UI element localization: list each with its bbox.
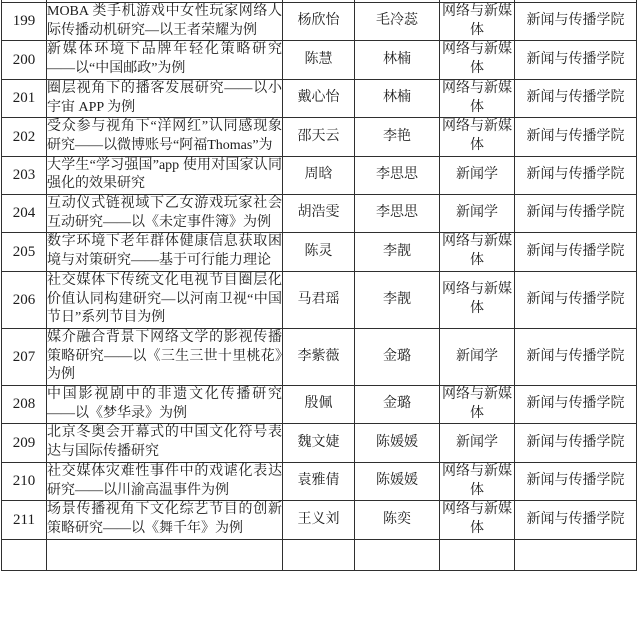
student-name-cell: 王义刘 (283, 501, 355, 539)
table-row: 210社交媒体灾难性事件中的戏谑化表达研究——以川渝高温事件为例袁雅倩陈媛媛网络… (2, 462, 637, 500)
title-cell: 受众参与视角下“洋网红”认同感现象研究——以微博账号“阿福Thomas”为 (47, 118, 283, 156)
table-row: 201圈层视角下的播客发展研究——以小宇宙 APP 为例戴心怡林楠网络与新媒体新… (2, 79, 637, 117)
table-body: 199MOBA 类手机游戏中女性玩家网络人际传播动机研究—以王者荣耀为例杨欣怡毛… (2, 0, 637, 570)
student-name-cell: 马君瑶 (283, 271, 355, 328)
table-row: 211场景传播视角下文化综艺节目的创新策略研究——以《舞千年》为例王义刘陈奕网络… (2, 501, 637, 539)
table-row: 205数字环境下老年群体健康信息获取困境与对策研究——基于可行能力理论陈灵李靓网… (2, 233, 637, 271)
major-cell: 网络与新媒体 (440, 3, 515, 41)
school-cell: 新闻与传播学院 (515, 156, 637, 194)
advisor-name-cell: 陈奕 (355, 501, 440, 539)
title-cell: 中国影视剧中的非遗文化传播研究——以《梦华录》为例 (47, 386, 283, 424)
advisor-name-cell: 陈媛媛 (355, 424, 440, 462)
table-row: 207媒介融合背景下网络文学的影视传播策略研究——以《三生三世十里桃花》为例李紫… (2, 328, 637, 385)
row-number-cell (2, 539, 47, 570)
advisor-name-cell: 李思思 (355, 195, 440, 233)
row-number-cell: 205 (2, 233, 47, 271)
major-cell: 网络与新媒体 (440, 386, 515, 424)
student-name-cell: 袁雅倩 (283, 462, 355, 500)
major-cell: 网络与新媒体 (440, 118, 515, 156)
student-name-cell: 周晗 (283, 156, 355, 194)
title-cell: 互动仪式链视域下乙女游戏玩家社会互动研究——以《未定事件簿》为例 (47, 195, 283, 233)
table-row: 202受众参与视角下“洋网红”认同感现象研究——以微博账号“阿福Thomas”为… (2, 118, 637, 156)
title-cell: 北京冬奥会开幕式的中国文化符号表达与国际传播研究 (47, 424, 283, 462)
school-cell: 新闻与传播学院 (515, 501, 637, 539)
advisor-name-cell: 金璐 (355, 328, 440, 385)
major-cell: 新闻学 (440, 328, 515, 385)
row-number-cell: 211 (2, 501, 47, 539)
student-name-cell: 邵天云 (283, 118, 355, 156)
advisor-name-cell: 毛冷蕊 (355, 3, 440, 41)
student-name-cell: 李紫薇 (283, 328, 355, 385)
advisor-name-cell: 金璐 (355, 386, 440, 424)
student-name-cell: 杨欣怡 (283, 3, 355, 41)
student-name-cell: 陈灵 (283, 233, 355, 271)
school-cell: 新闻与传播学院 (515, 118, 637, 156)
title-cell: 数字环境下老年群体健康信息获取困境与对策研究——基于可行能力理论 (47, 233, 283, 271)
table-row: 199MOBA 类手机游戏中女性玩家网络人际传播动机研究—以王者荣耀为例杨欣怡毛… (2, 3, 637, 41)
table-row: 209北京冬奥会开幕式的中国文化符号表达与国际传播研究魏文婕陈媛媛新闻学新闻与传… (2, 424, 637, 462)
major-cell: 新闻学 (440, 424, 515, 462)
advisor-name-cell: 李靓 (355, 233, 440, 271)
row-number-cell: 209 (2, 424, 47, 462)
advisor-name-cell: 李靓 (355, 271, 440, 328)
major-cell (440, 539, 515, 570)
title-cell: 圈层视角下的播客发展研究——以小宇宙 APP 为例 (47, 79, 283, 117)
row-number-cell: 201 (2, 79, 47, 117)
table-row: 204互动仪式链视域下乙女游戏玩家社会互动研究——以《未定事件簿》为例胡浩雯李思… (2, 195, 637, 233)
school-cell: 新闻与传播学院 (515, 462, 637, 500)
title-cell: MOBA 类手机游戏中女性玩家网络人际传播动机研究—以王者荣耀为例 (47, 3, 283, 41)
row-number-cell: 202 (2, 118, 47, 156)
document-page: 199MOBA 类手机游戏中女性玩家网络人际传播动机研究—以王者荣耀为例杨欣怡毛… (0, 0, 639, 621)
school-cell: 新闻与传播学院 (515, 328, 637, 385)
school-cell: 新闻与传播学院 (515, 3, 637, 41)
title-cell: 场景传播视角下文化综艺节目的创新策略研究——以《舞千年》为例 (47, 501, 283, 539)
student-name-cell: 陈慧 (283, 41, 355, 79)
row-number-cell: 204 (2, 195, 47, 233)
major-cell: 新闻学 (440, 156, 515, 194)
title-cell: 社交媒体灾难性事件中的戏谑化表达研究——以川渝高温事件为例 (47, 462, 283, 500)
title-cell: 社交媒体下传统文化电视节目圈层化价值认同构建研究—以河南卫视“中国节日”系列节目… (47, 271, 283, 328)
advisor-name-cell: 林楠 (355, 41, 440, 79)
advisor-name-cell: 李艳 (355, 118, 440, 156)
row-number-cell: 208 (2, 386, 47, 424)
advisor-name-cell: 李思思 (355, 156, 440, 194)
row-number-cell: 210 (2, 462, 47, 500)
major-cell: 网络与新媒体 (440, 79, 515, 117)
school-cell: 新闻与传播学院 (515, 233, 637, 271)
table-row: 208中国影视剧中的非遗文化传播研究——以《梦华录》为例殷佩金璐网络与新媒体新闻… (2, 386, 637, 424)
school-cell: 新闻与传播学院 (515, 41, 637, 79)
advisor-name-cell: 陈媛媛 (355, 462, 440, 500)
title-cell (47, 539, 283, 570)
row-number-cell: 200 (2, 41, 47, 79)
major-cell: 网络与新媒体 (440, 41, 515, 79)
student-name-cell (283, 539, 355, 570)
student-name-cell: 魏文婕 (283, 424, 355, 462)
school-cell: 新闻与传播学院 (515, 79, 637, 117)
title-cell: 媒介融合背景下网络文学的影视传播策略研究——以《三生三世十里桃花》为例 (47, 328, 283, 385)
row-number-cell: 206 (2, 271, 47, 328)
row-number-cell: 203 (2, 156, 47, 194)
table-row: 206社交媒体下传统文化电视节目圈层化价值认同构建研究—以河南卫视“中国节日”系… (2, 271, 637, 328)
title-cell: 大学生“学习强国”app 使用对国家认同强化的效果研究 (47, 156, 283, 194)
student-name-cell: 殷佩 (283, 386, 355, 424)
thesis-list-table: 199MOBA 类手机游戏中女性玩家网络人际传播动机研究—以王者荣耀为例杨欣怡毛… (1, 0, 637, 571)
row-number-cell: 207 (2, 328, 47, 385)
school-cell: 新闻与传播学院 (515, 424, 637, 462)
table-row: 203大学生“学习强国”app 使用对国家认同强化的效果研究周晗李思思新闻学新闻… (2, 156, 637, 194)
title-cell: 新媒体环境下品牌年轻化策略研究——以“中国邮政”为例 (47, 41, 283, 79)
clipped-row-bottom (2, 539, 637, 570)
major-cell: 网络与新媒体 (440, 501, 515, 539)
major-cell: 网络与新媒体 (440, 271, 515, 328)
student-name-cell: 戴心怡 (283, 79, 355, 117)
school-cell: 新闻与传播学院 (515, 195, 637, 233)
row-number-cell: 199 (2, 3, 47, 41)
school-cell: 新闻与传播学院 (515, 386, 637, 424)
student-name-cell: 胡浩雯 (283, 195, 355, 233)
advisor-name-cell (355, 539, 440, 570)
major-cell: 网络与新媒体 (440, 462, 515, 500)
major-cell: 网络与新媒体 (440, 233, 515, 271)
school-cell: 新闻与传播学院 (515, 271, 637, 328)
school-cell (515, 539, 637, 570)
advisor-name-cell: 林楠 (355, 79, 440, 117)
table-row: 200新媒体环境下品牌年轻化策略研究——以“中国邮政”为例陈慧林楠网络与新媒体新… (2, 41, 637, 79)
major-cell: 新闻学 (440, 195, 515, 233)
